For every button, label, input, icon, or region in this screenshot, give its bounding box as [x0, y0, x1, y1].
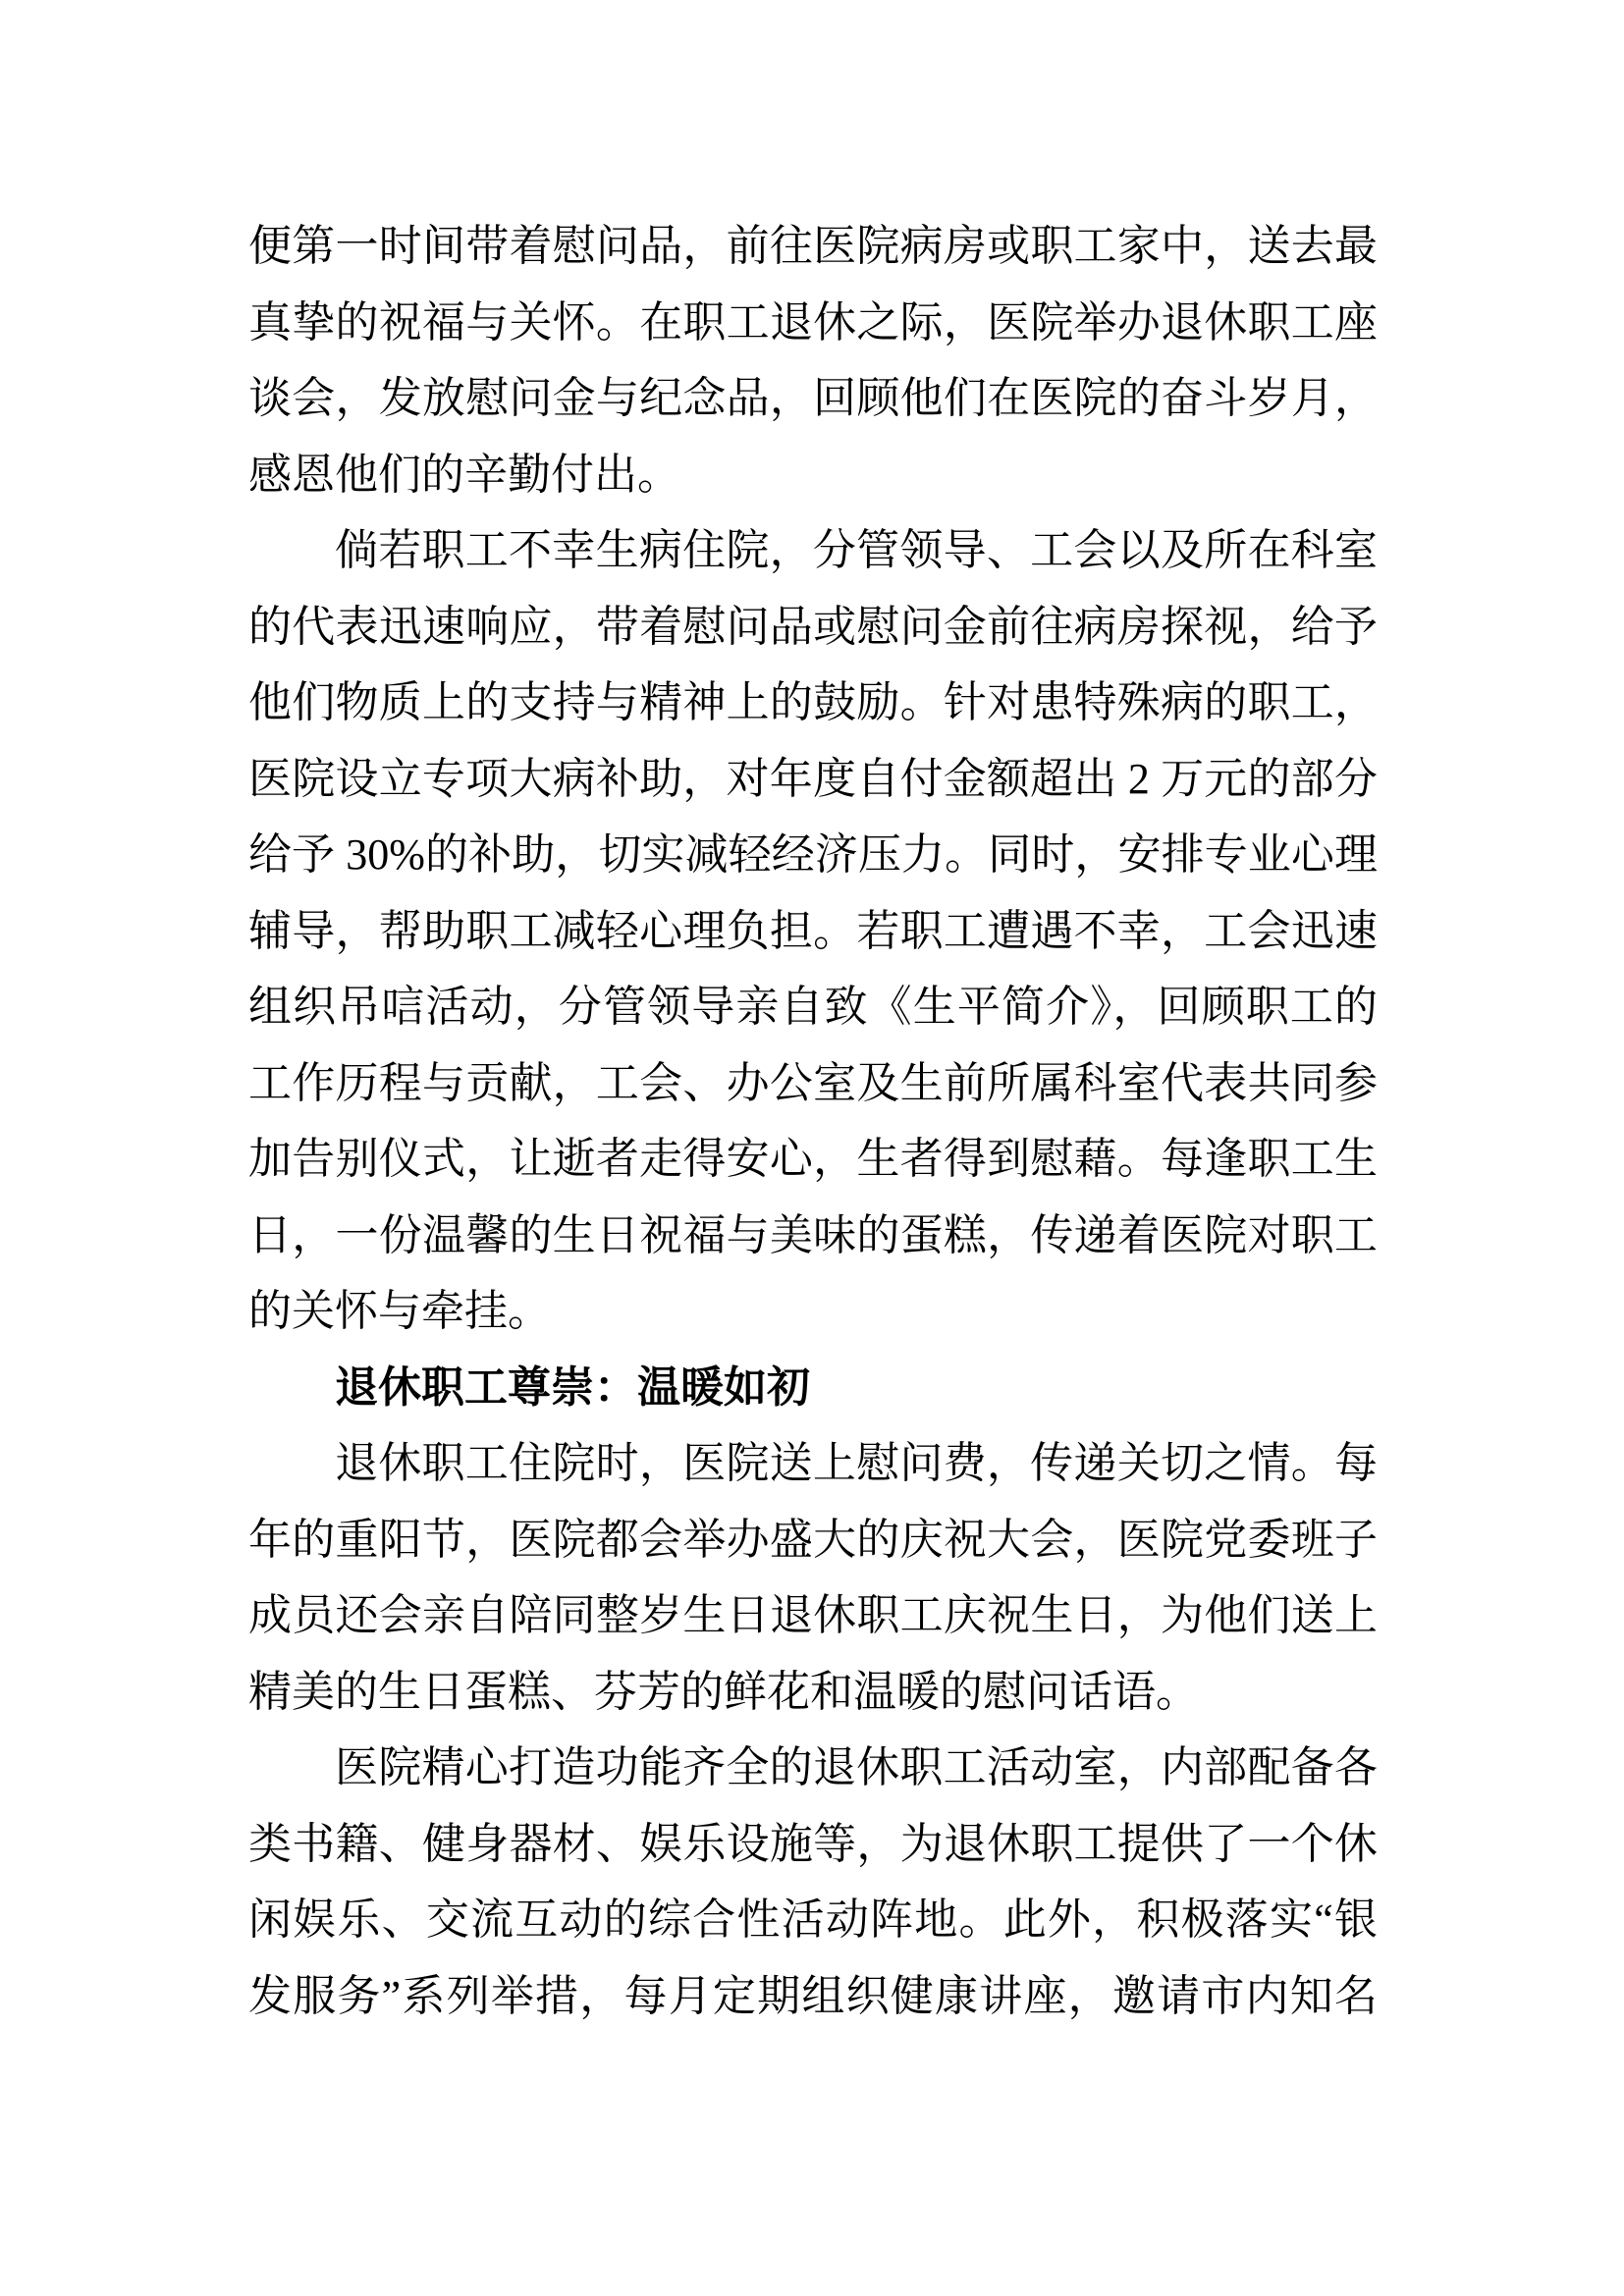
text-line: 真挚的祝福与关怀。在职工退休之际，医院举办退休职工座	[248, 285, 1378, 361]
section-heading: 退休职工尊崇：温暖如初	[248, 1350, 1378, 1426]
text-line: 加告别仪式，让逝者走得安心，生者得到慰藉。每逢职工生	[248, 1121, 1378, 1198]
text-line: 医院精心打造功能齐全的退休职工活动室，内部配备各	[248, 1730, 1378, 1806]
text-line: 给予 30%的补助，切实减轻经济压力。同时，安排专业心理	[248, 817, 1378, 893]
text-line: 类书籍、健身器材、娱乐设施等，为退休职工提供了一个休	[248, 1806, 1378, 1883]
text-line: 精美的生日蛋糕、芬芳的鲜花和温暖的慰问话语。	[248, 1654, 1378, 1731]
text-line: 闲娱乐、交流互动的综合性活动阵地。此外，积极落实“银	[248, 1882, 1378, 1958]
text-line: 的代表迅速响应，带着慰问品或慰问金前往病房探视，给予	[248, 589, 1378, 666]
text-line: 医院设立专项大病补助，对年度自付金额超出 2 万元的部分	[248, 741, 1378, 818]
text-line: 谈会，发放慰问金与纪念品，回顾他们在医院的奋斗岁月，	[248, 360, 1378, 437]
text-line: 日，一份温馨的生日祝福与美味的蛋糕，传递着医院对职工	[248, 1198, 1378, 1274]
text-line: 组织吊唁活动，分管领导亲自致《生平简介》，回顾职工的	[248, 969, 1378, 1045]
text-line: 便第一时间带着慰问品，前往医院病房或职工家中，送去最	[248, 208, 1378, 285]
text-line: 工作历程与贡献，工会、办公室及生前所属科室代表共同参	[248, 1045, 1378, 1122]
text-line: 他们物质上的支持与精神上的鼓励。针对患特殊病的职工，	[248, 665, 1378, 741]
text-line: 的关怀与牵挂。	[248, 1273, 1378, 1350]
text-line: 辅导，帮助职工减轻心理负担。若职工遭遇不幸，工会迅速	[248, 893, 1378, 970]
document-text-block: 便第一时间带着慰问品，前往医院病房或职工家中，送去最真挚的祝福与关怀。在职工退休…	[248, 208, 1378, 2034]
document-page: 便第一时间带着慰问品，前往医院病房或职工家中，送去最真挚的祝福与关怀。在职工退休…	[0, 0, 1624, 2296]
text-line: 年的重阳节，医院都会举办盛大的庆祝大会，医院党委班子	[248, 1502, 1378, 1578]
text-line: 倘若职工不幸生病住院，分管领导、工会以及所在科室	[248, 512, 1378, 589]
text-line: 成员还会亲自陪同整岁生日退休职工庆祝生日，为他们送上	[248, 1577, 1378, 1654]
text-line: 退休职工住院时，医院送上慰问费，传递关切之情。每	[248, 1425, 1378, 1502]
text-line: 感恩他们的辛勤付出。	[248, 437, 1378, 513]
text-line: 发服务”系列举措，每月定期组织健康讲座，邀请市内知名	[248, 1958, 1378, 2035]
